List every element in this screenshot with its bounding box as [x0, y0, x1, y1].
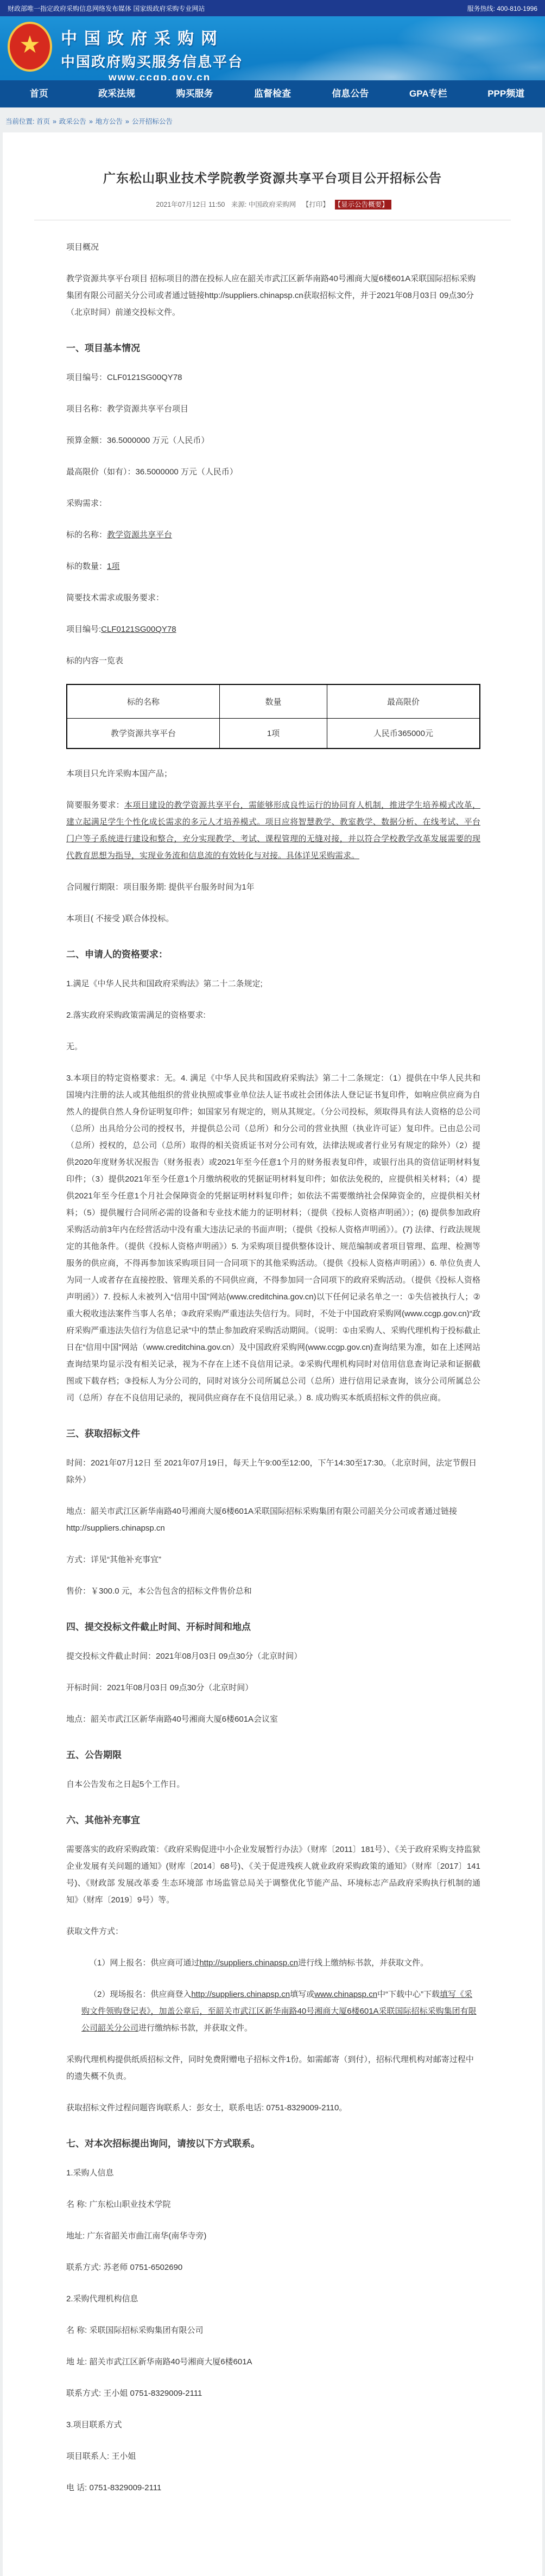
hotline-label: 服务热线: 400-810-1996 — [467, 4, 537, 13]
table-row: 教学资源共享平台1项人民币365000元 — [67, 718, 480, 748]
breadcrumb-separator: » — [89, 118, 93, 125]
site-subtitle: 中国政府购买服务信息平台 — [61, 51, 243, 71]
article-paragraph: 本项目( 不接受 )联合体投标。 — [66, 910, 480, 927]
article-paragraph: 项目联系人: 王小姐 — [66, 2448, 480, 2465]
nav-item[interactable]: 监督检查 — [233, 80, 311, 107]
site-url: www.ccgp.gov.cn — [109, 72, 243, 80]
summary-toggle-button[interactable]: 【显示公告概要】 — [335, 200, 391, 210]
divider — [34, 220, 511, 220]
article-paragraph: 1.满足《中华人民共和国政府采购法》第二十二条规定; — [66, 975, 480, 992]
text-run: 进行线上缴纳标书款，并获取文件。 — [298, 1958, 428, 1968]
underlined-text: CLF0121SG00QY78 — [101, 625, 176, 634]
site-banner: ★ 中国政府采购网 中国政府购买服务信息平台 www.ccgp.gov.cn — [0, 16, 545, 80]
article-paragraph: 自本公告发布之日起5个工作日。 — [66, 1776, 480, 1793]
page-title: 广东松山职业技术学院教学资源共享平台项目公开招标公告 — [35, 168, 510, 186]
underlined-text: 本项目建设的教学资源共享平台，需能够形成良性运行的协同育人机制，推进学生培养模式… — [66, 801, 480, 860]
text-run: （2）现场报名：供应商登入 — [89, 1990, 191, 1999]
text-run: 中“下载中心”下载 — [377, 1990, 440, 1999]
table-header-cell: 数量 — [220, 684, 327, 718]
article-paragraph: 教学资源共享平台项目 招标项目的潜在投标人应在韶关市武江区新华南路40号湘商大厦… — [66, 270, 480, 321]
article: 项目概况教学资源共享平台项目 招标项目的潜在投标人应在韶关市武江区新华南路40号… — [3, 239, 542, 2496]
article-paragraph: 需要落实的政府采购政策：《政府采购促进中小企业发展暂行办法》（财库〔2011〕1… — [66, 1841, 480, 1908]
breadcrumb-link[interactable]: 公开招标公告 — [132, 118, 173, 125]
breadcrumb-link[interactable]: 政采公告 — [59, 118, 86, 125]
print-button[interactable]: 【打印】 — [302, 201, 329, 208]
section-heading: 六、其他补充事宜 — [66, 1812, 480, 1826]
article-paragraph: 售价：￥300.0 元，本公告包含的招标文件售价总和 — [66, 1583, 480, 1600]
article-paragraph: 3.本项目的特定资格要求：无。4. 满足《中华人民共和国政府采购法》第二十二条规… — [66, 1070, 480, 1406]
breadcrumb-link[interactable]: 首页 — [36, 118, 50, 125]
nav-item[interactable]: 信息公告 — [312, 80, 389, 107]
article-paragraph: 2.采购代理机构信息 — [66, 2291, 480, 2307]
article-paragraph: （1）网上报名：供应商可通过http://suppliers.chinapsp.… — [81, 1955, 480, 1971]
article-paragraph: 联系方式: 苏老师 0751-6502690 — [66, 2259, 480, 2276]
article-paragraph: 获取招标文件过程问题咨询联系人：彭女士，联系电话: 0751-8329009-2… — [66, 2099, 480, 2116]
article-paragraph: 名 称: 广东松山职业技术学院 — [66, 2196, 480, 2213]
publish-date: 2021年07月12日 11:50 — [156, 201, 225, 208]
section-heading: 五、公告期限 — [66, 1747, 480, 1761]
text-run: 进行缴纳标书款，并获取文件。 — [138, 2023, 252, 2033]
article-paragraph: 名 称: 采联国际招标采购集团有限公司 — [66, 2322, 480, 2339]
table-cell: 1项 — [220, 718, 327, 748]
source-label: 来源: 中国政府采购网 — [231, 201, 296, 208]
table-cell: 人民币365000元 — [327, 718, 480, 748]
breadcrumb-link[interactable]: 地方公告 — [96, 118, 123, 125]
nav-item[interactable]: PPP频道 — [467, 80, 545, 107]
nav-item[interactable]: GPA专栏 — [389, 80, 467, 107]
article-paragraph: 地址: 广东省韶关市曲江南华(南华寺旁) — [66, 2228, 480, 2244]
article-paragraph: 电 话: 0751-8329009-2111 — [66, 2479, 480, 2496]
article-paragraph: 地点：韶关市武江区新华南路40号湘商大厦6楼601A会议室 — [66, 1711, 480, 1728]
article-paragraph: 采购需求： — [66, 495, 480, 512]
topbar: 财政部唯一指定政府采购信息网络发布媒体 国家级政府采购专业网站 服务热线: 40… — [0, 0, 545, 16]
article-paragraph: 项目编号:CLF0121SG00QY78 — [66, 621, 480, 638]
article-paragraph: 最高限价（如有）：36.5000000 万元（人民币） — [66, 464, 480, 480]
underlined-text: 教学资源共享平台 — [107, 530, 172, 540]
topbar-tagline: 财政部唯一指定政府采购信息网络发布媒体 国家级政府采购专业网站 — [8, 4, 205, 13]
section-heading: 七、对本次招标提出询问，请按以下方式联系。 — [66, 2136, 480, 2149]
text-run: 简要服务要求： — [66, 801, 124, 810]
nav-item[interactable]: 首页 — [0, 80, 78, 107]
text-run: 标的数量： — [66, 562, 107, 571]
national-emblem-icon: ★ — [8, 22, 52, 72]
article-paragraph: 3.项目联系方式 — [66, 2416, 480, 2433]
meta-line: 2021年07月12日 11:50 来源: 中国政府采购网 【打印】【显示公告概… — [3, 199, 542, 209]
nav-item[interactable]: 购买服务 — [156, 80, 233, 107]
article-paragraph: 本项目只允许采购本国产品； — [66, 765, 480, 782]
article-paragraph: 标的数量：1项 — [66, 558, 480, 575]
text-run: 填写或 — [290, 1990, 314, 1999]
underlined-text: www.chinapsp.cn — [314, 1990, 377, 1999]
article-paragraph: 1.采购人信息 — [66, 2165, 480, 2181]
article-paragraph: 预算金额：36.5000000 万元（人民币） — [66, 432, 480, 449]
article-paragraph: 标的名称：教学资源共享平台 — [66, 526, 480, 543]
main-nav: 首页政采法规购买服务监督检查信息公告GPA专栏PPP频道 — [0, 80, 545, 107]
article-paragraph: 方式：详见“其他补充事宜” — [66, 1551, 480, 1568]
article-paragraph: （2）现场报名：供应商登入http://suppliers.chinapsp.c… — [81, 1986, 480, 2036]
article-paragraph: 联系方式: 王小姐 0751-8329009-2111 — [66, 2385, 480, 2402]
underlined-text: http://suppliers.chinapsp.cn — [191, 1990, 290, 1999]
article-paragraph: 标的内容一览表 — [66, 652, 480, 669]
article-paragraph: 无。 — [66, 1038, 480, 1055]
section-heading: 一、项目基本情况 — [66, 340, 480, 354]
underlined-text: 1项 — [107, 562, 119, 571]
content-card: 广东松山职业技术学院教学资源共享平台项目公开招标公告 2021年07月12日 1… — [3, 132, 542, 2576]
underlined-text: http://suppliers.chinapsp.cn — [199, 1958, 298, 1968]
article-paragraph: 地点：韶关市武江区新华南路40号湘商大厦6楼601A采联国际招标采购集团有限公司… — [66, 1503, 480, 1537]
article-paragraph: 采购代理机构提供纸质招标文件，同时免费附赠电子招标文件1份。如需邮寄（到付），招… — [66, 2051, 480, 2085]
text-run: 项目编号: — [66, 625, 101, 634]
site-name: 中国政府采购网 — [61, 25, 243, 49]
breadcrumb: 当前位置: 首页»政采公告»地方公告»公开招标公告 — [0, 107, 545, 132]
article-paragraph: 地 址: 韶关市武江区新华南路40号湘商大厦6楼601A — [66, 2353, 480, 2370]
text-run: （1）网上报名：供应商可通过 — [89, 1958, 199, 1968]
section-heading: 三、获取招标文件 — [66, 1426, 480, 1439]
breadcrumb-separator: » — [53, 118, 56, 125]
article-paragraph: 简要技术需求或服务要求： — [66, 589, 480, 606]
table-cell: 教学资源共享平台 — [67, 718, 220, 748]
text-run: 标的名称： — [66, 530, 107, 540]
table-header-cell: 标的名称 — [67, 684, 220, 718]
article-paragraph: 合同履行期限：项目服务期: 提供平台服务时间为1年 — [66, 879, 480, 896]
lots-table: 标的名称数量最高限价教学资源共享平台1项人民币365000元 — [66, 684, 480, 749]
table-header-cell: 最高限价 — [327, 684, 480, 718]
breadcrumb-separator: » — [125, 118, 129, 125]
nav-item[interactable]: 政采法规 — [78, 80, 155, 107]
article-paragraph: 项目名称：教学资源共享平台项目 — [66, 401, 480, 417]
section-heading: 四、提交投标文件截止时间、开标时间和地点 — [66, 1619, 480, 1633]
article-paragraph: 时间：2021年07月12日 至 2021年07月19日，每天上午9:00至12… — [66, 1455, 480, 1488]
article-paragraph: 开标时间：2021年08月03日 09点30分（北京时间） — [66, 1679, 480, 1696]
article-paragraph: 提交投标文件截止时间：2021年08月03日 09点30分（北京时间） — [66, 1648, 480, 1665]
article-paragraph: 简要服务要求：本项目建设的教学资源共享平台，需能够形成良性运行的协同育人机制，推… — [66, 797, 480, 864]
section-heading: 二、申请人的资格要求： — [66, 947, 480, 960]
article-paragraph: 项目概况 — [66, 239, 480, 256]
article-paragraph: 2.落实政府采购政策需满足的资格要求: — [66, 1007, 480, 1024]
article-paragraph: 项目编号：CLF0121SG00QY78 — [66, 369, 480, 386]
breadcrumb-label: 当前位置: — [5, 118, 36, 125]
article-paragraph: 获取文件方式： — [66, 1923, 480, 1940]
